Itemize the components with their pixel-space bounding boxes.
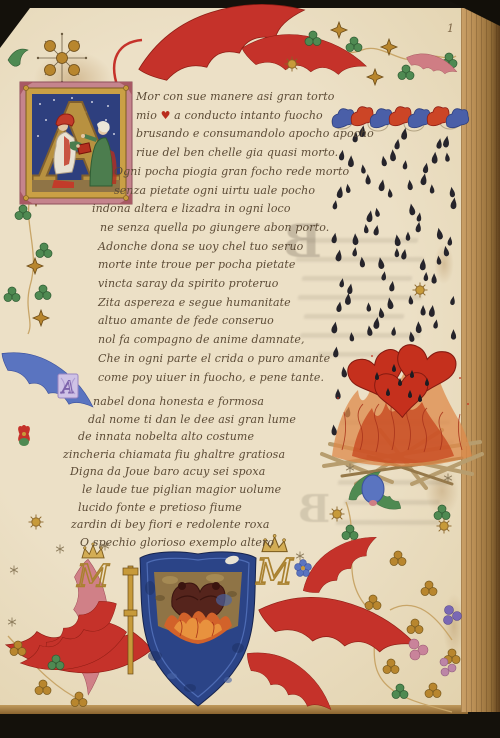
raindrop <box>394 234 401 247</box>
raindrop <box>451 329 456 340</box>
raindrop <box>431 152 438 164</box>
poem-line: indona altera e lizadra in ogni loco <box>92 200 374 219</box>
monogram-letter: M <box>76 558 110 594</box>
raindrop <box>420 173 428 186</box>
poem-line: vincta saray da spirito proteruo <box>98 275 374 294</box>
raindrop <box>450 197 457 210</box>
poem-line: riue del ben chelle gia quasi morto. <box>136 144 374 163</box>
green-hook-leaf <box>8 49 28 66</box>
red-flower <box>16 424 32 446</box>
raindrop <box>401 249 408 260</box>
poem-stanza-2: nabel dona honesta e formosadal nome ti … <box>63 393 296 551</box>
coat-of-arms <box>123 552 256 706</box>
raindrop <box>431 273 436 284</box>
raindrop <box>374 207 380 217</box>
raindrop <box>433 319 439 329</box>
poem-line: Digna da Joue baro acuy sei spoxa <box>70 463 296 481</box>
heart-glyph: ♥ <box>161 109 171 122</box>
raindrop <box>378 179 386 192</box>
poem-line: nabel dona honesta e formosa <box>93 393 296 411</box>
poem-line: Che in ogni parte el crida o puro amante <box>98 350 374 369</box>
poem-line: Mor con sue manere asi gran torto <box>136 88 374 107</box>
poem-line: mio ♥ a conducto intanto fuocho <box>136 107 374 126</box>
raindrop <box>387 188 392 198</box>
poem-line: come poy uiuer in fuocho, e pene tante. <box>98 369 374 388</box>
raindrop <box>429 184 434 193</box>
poem-line: ne senza quella po giungere abon porto. <box>100 219 374 238</box>
poem-line: senza pietate ogni uirtu uale pocho <box>114 182 374 201</box>
blue-flower <box>295 560 312 577</box>
raindrop <box>428 305 435 317</box>
raindrop <box>408 203 416 216</box>
raindrop <box>391 326 396 336</box>
raindrop <box>436 138 443 149</box>
poem-line: de innata nobelta alto costume <box>78 428 296 446</box>
pink-berries <box>409 639 428 660</box>
top-acanthus-leaf <box>114 0 370 91</box>
poem-line: morte inte troue per pocha pietate <box>98 256 374 275</box>
raindrop <box>406 232 411 241</box>
raindrop <box>377 257 385 270</box>
raindrop <box>447 236 452 246</box>
poem-line: Zita aspereza e segue humanitate <box>98 294 374 313</box>
raindrop <box>450 296 456 306</box>
raindrop <box>390 149 396 161</box>
raindrop <box>436 227 444 240</box>
raindrop <box>420 305 425 316</box>
poem-line: dal nome ti dan le dee asi gran lume <box>88 411 296 429</box>
raindrop <box>389 281 396 292</box>
raindrop <box>380 155 387 166</box>
raindrop <box>422 162 429 173</box>
raindrop <box>373 317 380 330</box>
poem-line: le laude tue piglian magior uolume <box>82 481 296 499</box>
poem-line: nol fa compagno de anime damnate, <box>98 331 374 350</box>
manuscript-photo: B B <box>0 0 500 738</box>
poem-line: O spechio glorioso exemplo altero <box>80 534 296 552</box>
poem-line: Adonche dona se uoy chel tuo seruo <box>98 238 374 257</box>
raindrop <box>408 331 415 342</box>
raindrop <box>408 295 414 305</box>
poem-stanza-1: Mor con sue manere asi gran tortomio ♥ a… <box>98 88 374 387</box>
raindrop <box>416 212 422 222</box>
raindrop <box>420 258 427 270</box>
raindrop <box>386 297 394 310</box>
folio-number: 1 <box>447 22 454 35</box>
raindrop <box>436 255 442 265</box>
raindrop <box>394 138 401 149</box>
poem-line: lucido fonte e pretioso fiume <box>78 499 296 517</box>
raindrop <box>402 160 408 170</box>
raindrop <box>381 271 387 281</box>
raindrop <box>443 135 451 148</box>
gold-staff <box>128 566 133 674</box>
raindrop <box>449 186 456 197</box>
raindrop <box>415 221 422 232</box>
raindrop <box>445 152 450 162</box>
poem-line: Ogni pocha piogia gran focho rede morto <box>114 163 374 182</box>
raindrop <box>415 321 421 333</box>
poem-line: altuo amante de fede conseruo <box>98 312 374 331</box>
purple-flowers <box>440 606 462 677</box>
raindrop <box>378 307 385 318</box>
poem-line: brusando e consumandolo apocho apocho <box>136 125 374 144</box>
poem-line: zardin di bey fiori e redolente roxa <box>71 516 296 534</box>
raindrop <box>443 245 450 256</box>
red-book <box>77 143 91 154</box>
monogram-letter: M <box>255 552 294 593</box>
poem-line: zincheria chiamata fiu ghaltre gratiosa <box>63 446 296 464</box>
raindrop <box>407 179 413 190</box>
raindrop <box>395 248 400 257</box>
gold-dot-cluster <box>37 33 87 83</box>
raindrop <box>373 224 380 235</box>
raindrop <box>423 272 428 282</box>
